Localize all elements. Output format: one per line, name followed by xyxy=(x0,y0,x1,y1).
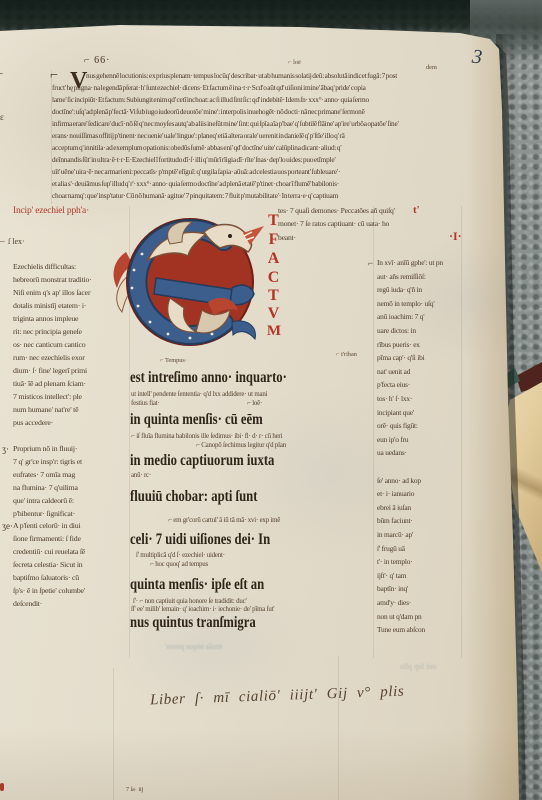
text-line: p'hibentur· ſignificat· xyxy=(13,509,75,518)
margin-mark: ε xyxy=(0,112,4,122)
text-line: num humane' nat're' tē xyxy=(13,405,78,414)
scripture-line: nus quintus tranſmigra xyxy=(130,614,256,632)
text-line: baptīn· inq' xyxy=(377,584,408,593)
prologue-block: nus gehennē locutionis: ex prius plenam·… xyxy=(52,70,499,202)
text-line: que' intra caldeorū ē: xyxy=(13,496,74,505)
text-line: nemō in templo· uſq' xyxy=(377,299,434,308)
page-crease xyxy=(338,656,339,800)
display-letter: M xyxy=(260,323,287,340)
prologue-line: uīt' uēne' uira·ē· nec armari eni: pecca… xyxy=(52,166,499,178)
text-line: tos· h' ſ· lxx· xyxy=(377,394,412,403)
quire-mark: ⌐ 66· xyxy=(84,55,110,66)
prologue-line: acceptum q' innitila· ad exemplum opatio… xyxy=(52,142,499,154)
chapter-numeral: ·I· xyxy=(449,229,462,244)
display-letter: C xyxy=(260,269,287,287)
margin-mark: ⌐ xyxy=(368,258,373,268)
text-line: ijſt'· q' tam xyxy=(377,571,406,580)
text-line: orē· quis figūt: xyxy=(377,421,418,430)
display-letter: V xyxy=(260,305,287,323)
scripture-line: celi· 7 uidi uiſiones dei· In xyxy=(130,531,270,549)
text-line: A p'ſenti celorū· in diui xyxy=(13,521,80,530)
text-line: ſione firmamenti: ſ fide xyxy=(13,534,81,543)
text-line: t'· in templo· xyxy=(377,557,412,566)
text-line: In xvī· anīū gphe': ut pn xyxy=(377,258,443,267)
bottom-margin-note: 7 ſa· iij xyxy=(126,787,143,793)
red-paraph-mark: t' xyxy=(413,204,420,216)
text-line: incipiant que' xyxy=(377,408,414,417)
text-line: baptiſmo ſaluatoris· cū xyxy=(13,573,79,582)
text-line: in marcū· ap' xyxy=(377,530,413,539)
text-line: anū ioachim: 7 q' xyxy=(377,312,424,321)
illuminated-initial-E xyxy=(112,214,266,356)
text-line: tes· 7 quaſi demones· Peccatōes añ quiſq… xyxy=(278,206,395,215)
text-line: Tune eum abſcon xyxy=(377,625,425,634)
text-line: p'fecta eius· xyxy=(377,380,410,389)
prologue-line: doctīne': uſq' ad plenā p'fectā· Vi ſub … xyxy=(52,106,499,118)
text-line: dium· ſ· fine' legerī primi xyxy=(13,366,87,375)
gloss-line: ſſ' ee' milib' lemain· q' ioachim· i· ie… xyxy=(131,606,274,613)
display-letter: T xyxy=(260,212,287,230)
margin-mark: ʒe· xyxy=(2,521,13,531)
page-crease xyxy=(113,668,114,800)
text-line: dem xyxy=(426,64,437,71)
text-line: ſecreta celestia· Sicut in xyxy=(13,560,82,569)
gloss-line: ⌐ Canopō ſechimus legitur q'd plan xyxy=(196,442,286,449)
text-line: būm faciunt· xyxy=(377,516,413,525)
text-line: dotalis ministīj etatem· i· xyxy=(13,301,86,310)
text-line: 7 misticos intellect': ple xyxy=(13,392,82,401)
text-line: na flumina· 7 q'uilima xyxy=(13,483,78,492)
margin-mark: – xyxy=(0,236,5,246)
text-line: rum· nec ezechielis exor xyxy=(13,353,85,362)
folio-number: 3 xyxy=(471,46,483,70)
text-line: eun ip'o fru xyxy=(377,435,408,444)
ruling-line xyxy=(373,206,374,658)
text-line: Proprium nō in fluuij· xyxy=(13,444,77,453)
text-line: Ezechielis difficultas: xyxy=(13,262,76,271)
text-line: aut· añs remiſſiōſ: xyxy=(377,272,426,281)
text-line: pīma cap'· q'ſi ibi xyxy=(377,353,425,362)
text-line: nat' uenit ad xyxy=(377,367,410,376)
text-line: non ut q'dam pn xyxy=(377,612,422,621)
text-line: pus accedere· xyxy=(13,418,53,427)
scripture-line: in quinta menſis· cū eēm xyxy=(130,411,263,429)
text-line: ⌐ Tempus· xyxy=(160,357,187,364)
showthrough-text: enī ſup plīa xyxy=(400,662,436,671)
gloss-line: ⌐ loē· xyxy=(247,400,262,407)
display-letter: A xyxy=(260,250,287,268)
manuscript-photo: ⌐ 66· 3 V nus gehennē locutionis: ex pri… xyxy=(0,0,542,800)
left-column-note: ſ lex· xyxy=(8,237,25,246)
text-line: amd'y· dies· xyxy=(377,598,411,607)
text-line: ſ' frugū uā xyxy=(377,544,405,553)
rubric-incipit: Incip' ezechiel pph'a· xyxy=(13,206,89,216)
margin-mark: ⌐ xyxy=(0,66,3,82)
text-line: ebrei ā iuſan xyxy=(377,503,411,512)
gloss-line: anū· rc· xyxy=(131,472,151,479)
text-line: ⌐ t'riban xyxy=(336,351,357,358)
ex-libris-inscription: Liber ſ· mī cialiō' iiijt' Gij v° plis xyxy=(150,684,405,710)
gloss-line: ſ'· ⌐ non captiuit quia honore ſe tradid… xyxy=(133,598,247,605)
text-line: ⌐ loē xyxy=(288,59,301,66)
prologue-line: nus gehennē locutionis: ex prius plenam·… xyxy=(52,70,499,82)
text-line: Niſi enim q's ap' illos ſacer xyxy=(13,288,90,297)
prologue-line: fruct' hę pſigna· na legendā pſerat· h' … xyxy=(52,82,499,94)
prologue-line: infirma erare' ſedicare' ducī· nō ſē q' … xyxy=(52,118,499,130)
text-line: hebreorū monstrat traditio· xyxy=(13,275,92,284)
prologue-line: lame' ſic incipiūt· Et factum: Subiungit… xyxy=(52,94,499,106)
gloss-line: ⌐ hoc quoq' ad tempus xyxy=(150,561,208,568)
prologue-line: deīnnandis ſūt' in ultra·ē·t·r·E·Ezechie… xyxy=(52,154,499,166)
text-line: tiuā· īē ad plenam ſciam· xyxy=(13,379,86,388)
text-line: ſp's· ē in ſpetie' columbe' xyxy=(13,586,85,595)
text-line: ſe' anno· ad kop xyxy=(377,476,421,485)
display-letter: F xyxy=(260,231,287,249)
scripture-line: fluuiū chobar: apti ſunt xyxy=(130,488,257,506)
prologue-line: erans· nouiſſimas offitij p'tinent· nec … xyxy=(52,130,499,142)
red-margin-speck xyxy=(0,783,4,791)
text-line: rībus pueris· ex xyxy=(377,340,420,349)
text-line: et· i· ianuario xyxy=(377,489,414,498)
gloss-line: ⌐ iſ fluīa flumina babilonis ille ſedimu… xyxy=(131,433,282,440)
prologue-line: choar namq': que' insp'tatur· Cū nō huma… xyxy=(52,190,499,202)
text-line: monet· 7 ſe ratos captiuant· cū uata· ho xyxy=(278,219,389,228)
text-line: eufrates· 7 omīa mag xyxy=(13,470,75,479)
text-line: rit: nec principia geneſe xyxy=(13,327,82,336)
text-line: uare dictos: in xyxy=(377,326,416,335)
margin-mark: ʒ· xyxy=(2,444,9,454)
scripture-line: quinta menſis· ipſe eſt an xyxy=(130,576,264,594)
text-line: os· nec canticum cantico xyxy=(13,340,85,349)
gloss-line: festius fiat· xyxy=(131,400,160,407)
display-letter: T xyxy=(260,287,287,305)
scripture-line: est intreſimo anno· inquarto· xyxy=(130,369,287,387)
gloss-line: ut intell' pendente ſententia· q'd lxx a… xyxy=(131,391,267,398)
gloss-line: ⌐ em gr'corū cartul' ā iū tā mā· xvi· ex… xyxy=(168,517,280,524)
manuscript-page: ⌐ 66· 3 V nus gehennē locutionis: ex pri… xyxy=(0,0,542,800)
text-line: credentiū· cui reuelata ſē xyxy=(13,547,85,556)
prologue-line: et alia s'· deuiāmus ſup' illud q' r'· x… xyxy=(52,178,499,190)
showthrough-text: muſa niqua pman' xyxy=(165,642,222,651)
text-line: regū iuda· q'ñ in xyxy=(377,285,422,294)
gloss-line: ſ' multiplicā q'd ſ· ezechiel· uident· xyxy=(136,552,225,559)
ruling-line xyxy=(461,206,462,658)
text-line: triginta annos impleue xyxy=(13,314,78,323)
text-line: 7 q' gr'ce insp'r: tigris et xyxy=(13,457,82,466)
text-line: deſcendit· xyxy=(13,599,42,608)
text-line: ua uedans· xyxy=(377,448,407,457)
margin-mark: ⌐ xyxy=(50,68,58,84)
scripture-line: in medio captiuorum iuxta xyxy=(130,452,274,470)
